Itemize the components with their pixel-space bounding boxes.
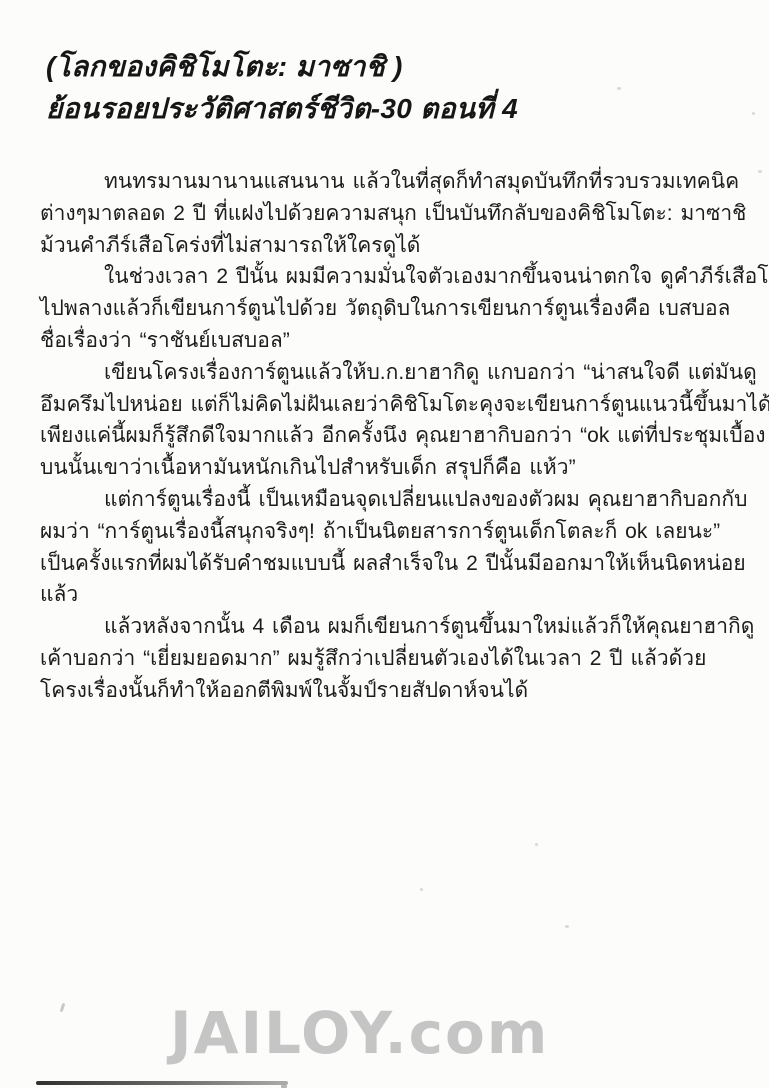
text-line: ทนทรมานมานานแสนนาน แล้วในที่สุดก็ทำสมุดบ… xyxy=(40,166,740,198)
text-line: แล้ว xyxy=(40,579,740,611)
scan-speck xyxy=(617,87,621,90)
scan-speck xyxy=(752,112,755,115)
scan-artifact-line xyxy=(36,1081,288,1085)
text-line: ไปพลางแล้วก็เขียนการ์ตูนไปด้วย วัตถุดิบใ… xyxy=(40,293,740,325)
document-body: ทนทรมานมานานแสนนาน แล้วในที่สุดก็ทำสมุดบ… xyxy=(40,166,740,707)
text-line: โครงเรื่องนั้นก็ทำให้ออกตีพิมพ์ในจั้มป์ร… xyxy=(40,675,740,707)
document-title-line-1: (โลกของคิชิโมโตะ: มาซาชิ ) xyxy=(46,46,518,88)
scan-speck xyxy=(565,925,569,928)
text-line: เพียงแค่นี้ผมก็รู้สึกดีใจมากแล้ว อีกครั้… xyxy=(40,420,740,452)
paragraph-1: ทนทรมานมานานแสนนาน แล้วในที่สุดก็ทำสมุดบ… xyxy=(40,166,740,261)
text-line: บนนั้นเขาว่าเนื้อหามันหนักเกินไปสำหรับเด… xyxy=(40,452,740,484)
text-line: ชื่อเรื่องว่า “ราชันย์เบสบอล” xyxy=(40,325,740,357)
text-line: แต่การ์ตูนเรื่องนี้ เป็นเหมือนจุดเปลี่ยน… xyxy=(40,484,740,516)
text-line: แล้วหลังจากนั้น 4 เดือน ผมก็เขียนการ์ตูน… xyxy=(40,611,740,643)
document-title-block: (โลกของคิชิโมโตะ: มาซาชิ ) ย้อนรอยประวัต… xyxy=(46,46,518,130)
text-line: ต่างๆมาตลอด 2 ปี ที่แฝงไปด้วยความสนุก เป… xyxy=(40,198,740,230)
document-title-line-2: ย้อนรอยประวัติศาสตร์ชีวิต-30 ตอนที่ 4 xyxy=(46,88,518,130)
paragraph-3: เขียนโครงเรื่องการ์ตูนแล้วให้บ.ก.ยาฮากิด… xyxy=(40,357,740,484)
text-line: เป็นครั้งแรกที่ผมได้รับคำชมแบบนี้ ผลสำเร… xyxy=(40,548,740,580)
scan-speck xyxy=(535,843,538,846)
scan-speck xyxy=(420,888,423,891)
watermark-text: JAILOY.com xyxy=(170,1002,549,1064)
paragraph-2: ในช่วงเวลา 2 ปีนั้น ผมมีความมั่นใจตัวเอง… xyxy=(40,261,740,356)
scan-speck xyxy=(60,1003,66,1012)
scanned-document-page: (โลกของคิชิโมโตะ: มาซาชิ ) ย้อนรอยประวัต… xyxy=(0,0,769,1088)
text-line: ม้วนคำภีร์เสือโคร่งที่ไม่สามารถให้ใครดูไ… xyxy=(40,230,740,262)
scan-speck xyxy=(758,170,762,173)
text-line: เขียนโครงเรื่องการ์ตูนแล้วให้บ.ก.ยาฮากิด… xyxy=(40,357,740,389)
paragraph-4: แต่การ์ตูนเรื่องนี้ เป็นเหมือนจุดเปลี่ยน… xyxy=(40,484,740,611)
text-line: เค้าบอกว่า “เยี่ยมยอดมาก” ผมรู้สึกว่าเปล… xyxy=(40,643,740,675)
text-line: อึมครึมไปหน่อย แต่ก็ไม่คิดไม่ฝันเลยว่าคิ… xyxy=(40,389,740,421)
text-line: ในช่วงเวลา 2 ปีนั้น ผมมีความมั่นใจตัวเอง… xyxy=(40,261,740,293)
text-line: ผมว่า “การ์ตูนเรื่องนี้สนุกจริงๆ! ถ้าเป็… xyxy=(40,516,740,548)
paragraph-5: แล้วหลังจากนั้น 4 เดือน ผมก็เขียนการ์ตูน… xyxy=(40,611,740,706)
